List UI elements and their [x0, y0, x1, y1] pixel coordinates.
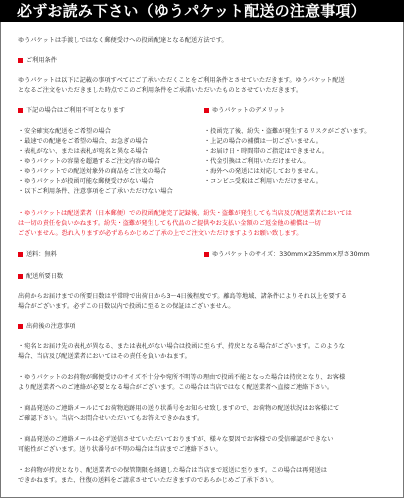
red-square-icon: [18, 274, 23, 279]
demerits-heading: ゆうパケットのデメリット: [204, 106, 285, 116]
list-item: ・最速での配達をご希望の場合、お急ぎの場合: [18, 137, 173, 147]
after-shipping-p2-line-2: より配送業者へのご連絡が必要となる場合がございます。この場合は当店ではなく配送業…: [18, 383, 333, 393]
after-shipping-p5-line-2: できかねます。また、往復の送料をご請求させていただきますのであらかじめご了承下さ…: [18, 476, 277, 486]
delivery-days-line-2: 場合がございます。必ずこの日数以内で投函に至るとの保証はございません。: [18, 302, 234, 312]
after-shipping-p4-line-1: ・商品発送のご連絡メールは必ず送信させていただいておりますが、様々な要因でお客様…: [18, 435, 333, 445]
list-item: ・代金引換はご利用いただけません。: [204, 157, 370, 167]
after-shipping-p2-line-1: ・ゆうパケットのお荷物が郵便受けのサイズ不十分や宛所不明等の理由で投函不能となっ…: [18, 373, 345, 383]
list-item: ・以下ご利用条件、注意事項をご了承いただけない場合: [18, 187, 173, 197]
terms-line-1: ゆうパケットは以下に記載の事項すべてにご了承いただくことをご利用条件とさせていた…: [18, 76, 345, 86]
page-header: 必ずお読み下さい（ゆうパケット配送の注意事項）: [0, 0, 404, 22]
delivery-days-heading: 配送所要日数: [18, 272, 63, 282]
terms-heading: ご利用条件: [18, 56, 57, 66]
list-item: ・ゆうパケットでの配送対象外の商品をご注文の場合: [18, 167, 173, 177]
delivery-days-line-1: 出荷からお届けまでの所要日数は平常時で出荷日から3〜4日後程度です。離島等地域、…: [18, 292, 347, 302]
red-square-icon: [18, 324, 23, 329]
notice-frame: ゆうパケットは手渡しではなく郵便受けへの投函配達となる配送方法です。 ご利用条件…: [0, 22, 404, 498]
list-item: ・表札がない、または表札が宛名と異なる場合: [18, 147, 173, 157]
after-shipping-p3-line-1: ・商品発送のご連絡メールにてお荷物追跡用の送り状番号をお知らせ致しますので、お荷…: [18, 404, 339, 414]
red-square-icon: [18, 108, 23, 113]
demerits-list: ・投函完了後、紛失・盗難が発生するリスクがございます。 ・上記の場合の補償は一切…: [204, 127, 370, 187]
unavailable-list: ・安全確実な配送をご希望の場合 ・最速での配達をご希望の場合、お急ぎの場合 ・表…: [18, 127, 173, 197]
after-shipping-p1-line-2: 場合、当店及び配送業者においてはその責任を負いかねます。: [18, 352, 191, 362]
page-title: 必ずお読み下さい（ゆうパケット配送の注意事項）: [17, 2, 366, 20]
after-shipping-p4-line-2: 可能性がございます。送り状番号が不明の場合は当店までご連絡下さい。: [18, 445, 222, 455]
shipping-fee: 送料：無料: [18, 250, 57, 260]
warning-line-2: は一切の責任を負いかねます。紛失・盗難が発生しても代品のご提供やお支払い金額のご…: [18, 219, 321, 229]
list-item: ・ゆうパケットが投函可能な郵便受けがない場合: [18, 177, 173, 187]
list-item: ・安全確実な配送をご希望の場合: [18, 127, 173, 137]
after-shipping-p5-line-1: ・お荷物が持戻となり、配送業者での保管期限を経過した場合は当店まで返送に至ります…: [18, 466, 327, 476]
red-square-icon: [18, 58, 23, 63]
unavailable-heading: 下記の場合はご利用不可となります: [18, 106, 125, 116]
terms-line-2: となるご注文をいただきました時点でこのご利用条件をご承諾いただいたものとさせてい…: [18, 86, 302, 96]
after-shipping-heading: 出荷後の注意事項: [18, 322, 76, 332]
after-shipping-p3-line-2: ご確認下さい。当店へお問合せいただいてもお答えできかねます。: [18, 414, 203, 424]
list-item: ・お届け日・時間帯のご指定はできません。: [204, 147, 370, 157]
list-item: ・投函完了後、紛失・盗難が発生するリスクがございます。: [204, 127, 370, 137]
warning-line-3: ございません。恐れ入りますが必ずあらかじめご了承の上でご注文いただけますようお願…: [18, 229, 303, 239]
red-square-icon: [204, 252, 209, 257]
red-square-icon: [18, 252, 23, 257]
list-item: ・海外への発送には対応しておりません。: [204, 167, 370, 177]
list-item: ・上記の場合の補償は一切ございません。: [204, 137, 370, 147]
list-item: ・コンビニ受取はご利用いただけません。: [204, 177, 370, 187]
list-item: ・ゆうパケットの容量を超過するご注文内容の場合: [18, 157, 173, 167]
after-shipping-p1-line-1: ・宛名とお届け先の表札が異なる、または表札がない場合は投函に至らず、持戻となる場…: [18, 342, 345, 352]
red-square-icon: [204, 108, 209, 113]
packet-size: ゆうパケットのサイズ：330mm×235mm×厚さ30mm: [204, 250, 370, 260]
warning-line-1: ・ゆうパケットは配送業者（日本郵便）での投函配達完了記録後、紛失・盗難が発生して…: [18, 209, 352, 219]
intro-text: ゆうパケットは手渡しではなく郵便受けへの投函配達となる配送方法です。: [18, 36, 228, 46]
